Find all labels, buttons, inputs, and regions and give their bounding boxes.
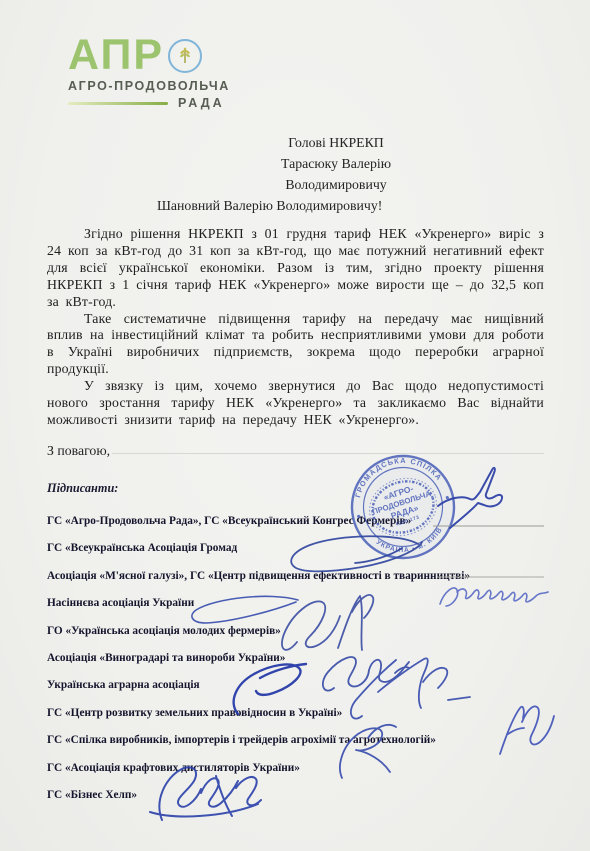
signatory-item: Українська аграрна асоціація [47, 672, 470, 699]
signatory-item: Насіннєва асоціація України [47, 590, 470, 617]
logo-underline [68, 102, 168, 105]
logo-subtitle-line2: РАДА [178, 96, 225, 110]
signatory-item: ГО «Українська асоціація молодих фермері… [47, 618, 470, 645]
letter-body: Згідно рішення НКРЕКП з 01 грудня тариф … [47, 226, 544, 429]
salutation: Шановний Валерію Володимировичу! [157, 198, 382, 214]
signature-ink [500, 706, 554, 754]
signatory-item: ГС «Асоціація крафтових дистиляторів Укр… [47, 755, 470, 782]
signatories-section: Підписанти: ГС «Агро-Продовольча Рада», … [47, 481, 470, 809]
signatory-item: ГС «Центр розвитку земельних правовіднос… [47, 700, 470, 727]
addressee-line1: Голові НКРЕКП [240, 132, 432, 153]
paragraph-1: Згідно рішення НКРЕКП з 01 грудня тариф … [47, 226, 544, 311]
logo-acronym: АПР [68, 36, 164, 74]
signatory-item: ГС «Спілка виробників, імпортерів і трей… [47, 727, 470, 754]
signatory-item: Асоціація «М'ясної галузі», ГС «Центр пі… [47, 563, 470, 590]
org-logo: АПР АГРО-ПРОДОВОЛЬЧА РАДА [68, 36, 230, 110]
signatory-item: ГС «Агро-Продовольча Рада», ГС «Всеукраї… [47, 508, 470, 535]
paragraph-2: Таке систематичне підвищення тарифу на п… [47, 311, 544, 379]
closing-rule [112, 453, 544, 454]
closing: З повагою, [47, 443, 110, 459]
scanned-letter: АПР АГРО-ПРОДОВОЛЬЧА РАДА Голові НКРЕКП … [0, 0, 590, 851]
addressee-line2: Тарасюку Валерію Володимировичу [240, 153, 432, 195]
signatory-item: ГС «Всеукраїнська Асоціація Громад [47, 535, 470, 562]
wheat-ear-icon [168, 39, 202, 73]
paragraph-3: У звязку із цим, хочемо звернутися до Ва… [47, 378, 544, 429]
signatory-item: ГС «Бізнес Хелп» [47, 782, 470, 809]
signatories-heading: Підписанти: [47, 481, 470, 496]
logo-subtitle-line1: АГРО-ПРОДОВОЛЬЧА [68, 79, 230, 93]
signatory-item: Асоціація «Виноградарі та винороби Украї… [47, 645, 470, 672]
addressee-block: Голові НКРЕКП Тарасюку Валерію Володимир… [240, 132, 432, 195]
